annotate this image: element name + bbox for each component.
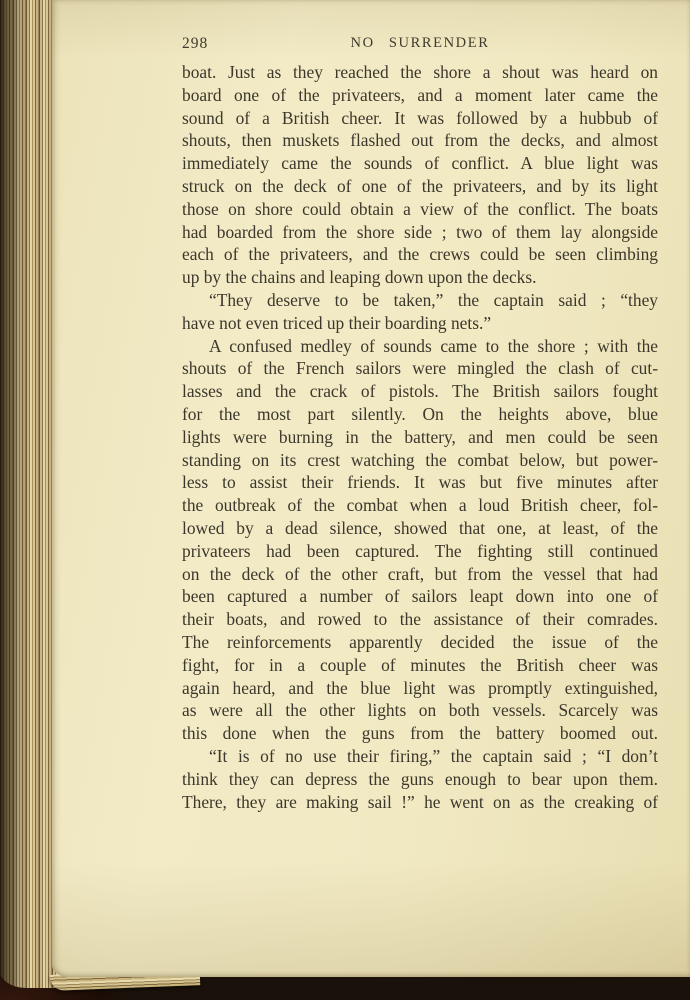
text-line: lasses and the crack of pistols. The Bri…: [182, 380, 658, 403]
text-line: as were all the other lights on both ves…: [182, 699, 658, 722]
text-line: fight, for in a couple of minutes the Br…: [182, 654, 658, 677]
text-line: privateers had been captured. The fighti…: [182, 540, 658, 563]
text-line: each of the privateers, and the crews co…: [182, 243, 658, 266]
paragraph: boat. Just as they reached the shore a s…: [182, 61, 658, 289]
text-line: their boats, and rowed to the assistance…: [182, 608, 658, 631]
text-line: lowed by a dead silence, showed that one…: [182, 517, 658, 540]
text-line: those on shore could obtain a view of th…: [182, 198, 658, 221]
text-line: shouts, then muskets flashed out from th…: [182, 129, 658, 152]
text-line: have not even triced up their boarding n…: [182, 312, 658, 335]
text-line: immediately came the sounds of conflict.…: [182, 152, 658, 175]
text-line: sound of a British cheer. It was followe…: [182, 107, 658, 130]
running-header: 298 NO SURRENDER: [182, 35, 658, 55]
text-line: up by the chains and leaping down upon t…: [182, 266, 658, 289]
scanned-book-photo: 298 NO SURRENDER boat. Just as they reac…: [0, 0, 690, 1000]
text-line: again heard, and the blue light was prom…: [182, 677, 658, 700]
text-line: the outbreak of the combat when a loud B…: [182, 494, 658, 517]
text-line: “It is of no use their firing,” the capt…: [182, 745, 658, 768]
text-line: “They deserve to be taken,” the captain …: [182, 289, 658, 312]
text-line: less to assist their friends. It was but…: [182, 471, 658, 494]
book-page: 298 NO SURRENDER boat. Just as they reac…: [52, 0, 690, 977]
paragraph: “It is of no use their firing,” the capt…: [182, 745, 658, 813]
text-line: A confused medley of sounds came to the …: [182, 335, 658, 358]
text-line: had boarded from the shore side ; two of…: [182, 221, 658, 244]
text-line: standing on its crest watching the comba…: [182, 449, 658, 472]
text-line: There, they are making sail !” he went o…: [182, 791, 658, 814]
text-line: think they can depress the guns enough t…: [182, 768, 658, 791]
paragraph: A confused medley of sounds came to the …: [182, 335, 658, 745]
text-line: for the most part silently. On the heigh…: [182, 403, 658, 426]
text-line: struck on the deck of one of the private…: [182, 175, 658, 198]
running-title: NO SURRENDER: [182, 35, 658, 52]
paragraph: “They deserve to be taken,” the captain …: [182, 289, 658, 335]
text-line: shouts of the French sailors were mingle…: [182, 357, 658, 380]
text-line: The reinforcements apparently decided th…: [182, 631, 658, 654]
text-line: boat. Just as they reached the shore a s…: [182, 61, 658, 84]
text-line: lights were burning in the battery, and …: [182, 426, 658, 449]
text-line: on the deck of the other craft, but from…: [182, 563, 658, 586]
text-line: this done when the guns from the battery…: [182, 722, 658, 745]
text-line: board one of the privateers, and a momen…: [182, 84, 658, 107]
page-body: boat. Just as they reached the shore a s…: [182, 61, 658, 813]
text-line: been captured a number of sailors leapt …: [182, 585, 658, 608]
